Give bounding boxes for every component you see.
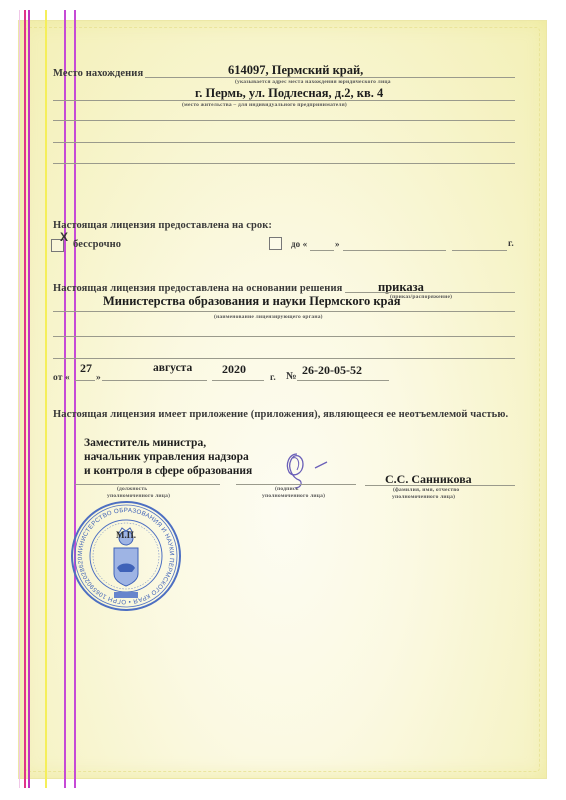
scan-line bbox=[19, 10, 20, 788]
location-rule-2 bbox=[53, 100, 515, 101]
location-hint-2: (место жительства – для индивидуального … bbox=[182, 102, 347, 108]
authority-name: Министерства образования и науки Пермско… bbox=[103, 294, 401, 309]
authority-rule bbox=[53, 311, 515, 312]
location-line1: 614097, Пермский край, bbox=[228, 63, 363, 78]
scan-line bbox=[64, 10, 66, 788]
date-year-rule bbox=[212, 380, 264, 381]
location-rule-1 bbox=[145, 77, 515, 78]
term-label: Настоящая лицензия предоставлена на срок… bbox=[53, 220, 272, 231]
date-month: августа bbox=[153, 362, 192, 374]
number-label: № bbox=[286, 371, 297, 382]
location-hint-1: (указывается адрес места нахождения юрид… bbox=[235, 79, 391, 85]
until-label: до « bbox=[291, 239, 307, 249]
until-day-field[interactable] bbox=[310, 250, 334, 251]
decision-rule bbox=[345, 292, 515, 293]
scan-line bbox=[28, 10, 30, 788]
date-quote-close: » bbox=[96, 373, 101, 383]
position-line-2: начальник управления надзора bbox=[84, 451, 249, 463]
scan-line bbox=[74, 10, 76, 788]
license-number: 26-20-05-52 bbox=[302, 363, 362, 378]
date-year: 2020 bbox=[222, 362, 246, 377]
position-hint-2: уполномоченного лица) bbox=[107, 493, 170, 499]
position-line-1: Заместитель министра, bbox=[84, 437, 206, 449]
until-year-field[interactable] bbox=[452, 250, 507, 251]
date-month-rule bbox=[102, 380, 207, 381]
location-label: Место нахождения bbox=[53, 68, 143, 79]
signature-hint-1: (подпись bbox=[275, 486, 299, 492]
until-quote-close: » bbox=[335, 239, 340, 249]
scan-line bbox=[24, 10, 26, 788]
date-day: 27 bbox=[80, 361, 92, 376]
position-hint-1: (должность bbox=[117, 486, 147, 492]
blank-rule bbox=[53, 120, 515, 121]
date-prefix: от « bbox=[53, 373, 70, 383]
name-hint-2: уполномоченного лица) bbox=[392, 494, 455, 500]
blank-rule bbox=[53, 142, 515, 143]
until-month-field[interactable] bbox=[343, 250, 446, 251]
number-rule bbox=[297, 380, 389, 381]
position-line-3: и контроля в сфере образования bbox=[84, 465, 252, 477]
blank-rule bbox=[53, 163, 515, 164]
stamp-mp-label: М.П. bbox=[116, 530, 136, 540]
location-line2: г. Пермь, ул. Подлесная, д.2, кв. 4 bbox=[195, 86, 383, 101]
license-sheet bbox=[18, 20, 547, 779]
position-rule bbox=[75, 484, 220, 485]
basis-label: Настоящая лицензия предоставлена на осно… bbox=[53, 283, 342, 294]
signature-rule bbox=[236, 484, 356, 485]
appendix-note: Настоящая лицензия имеет приложение (при… bbox=[53, 409, 508, 420]
signature-hint-2: уполномоченного лица) bbox=[262, 493, 325, 499]
scan-line bbox=[45, 10, 47, 788]
name-hint-1: (фамилия, имя, отчество bbox=[393, 487, 459, 493]
blank-rule bbox=[53, 336, 515, 337]
until-checkbox[interactable] bbox=[269, 237, 282, 250]
blank-rule bbox=[53, 358, 515, 359]
check-mark-icon: X bbox=[60, 230, 68, 244]
until-year-suffix: г. bbox=[508, 239, 514, 249]
date-day-rule bbox=[75, 380, 95, 381]
guilloche-border bbox=[25, 27, 540, 772]
authority-hint: (наименование лицензирующего органа) bbox=[214, 314, 323, 320]
indefinite-label: бессрочно bbox=[73, 239, 121, 250]
name-rule bbox=[365, 485, 515, 486]
date-year-suffix: г. bbox=[270, 373, 276, 383]
official-stamp-icon: МИНИСТЕРСТВО ОБРАЗОВАНИЯ И НАУКИ ПЕРМСКО… bbox=[70, 500, 182, 612]
